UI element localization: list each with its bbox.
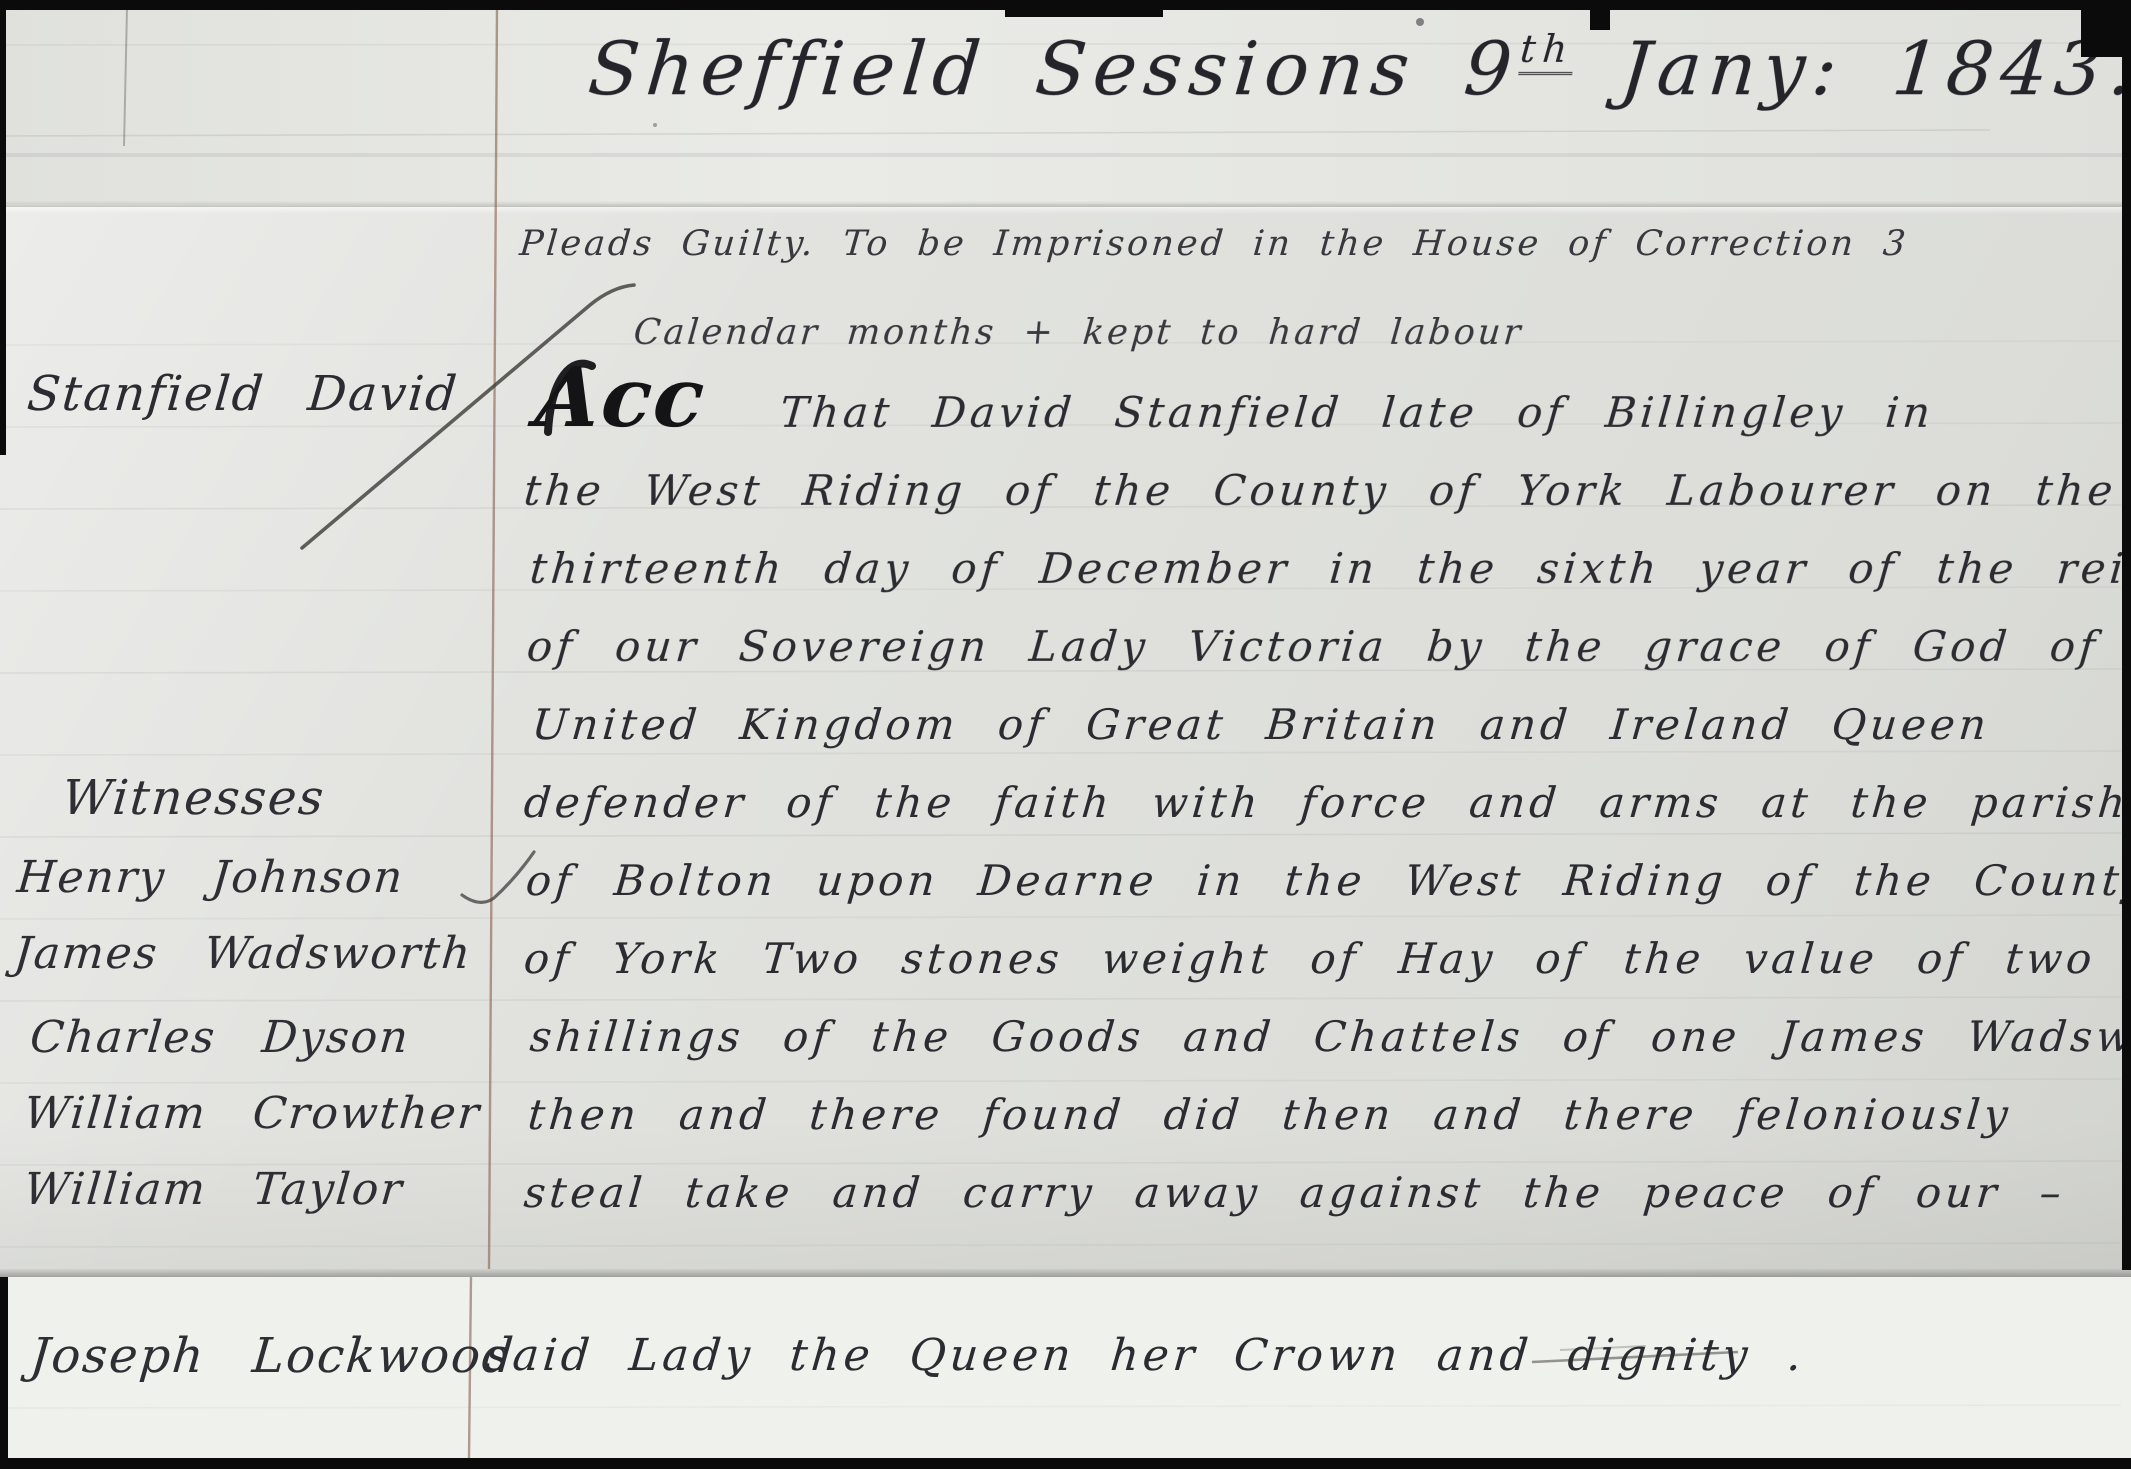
witness-name: Joseph Lockwood: [28, 1328, 517, 1384]
indictment-line: That David Stanfield late of Billingley …: [778, 388, 1936, 437]
margin-rule: [469, 8, 497, 1458]
scan-border-left: [0, 1277, 8, 1469]
scan-border-top: [0, 0, 2131, 10]
witness-name: William Crowther: [22, 1088, 483, 1139]
indictment-line: of York Two stones weight of Hay of the …: [522, 934, 2098, 983]
binding-crease: [124, 8, 127, 146]
indictment-initial: Acc: [532, 350, 710, 446]
indictment-line: steal take and carry away against the pe…: [522, 1168, 2067, 1217]
closing-line: said Lady the Queen her Crown and dignit…: [484, 1330, 1807, 1381]
manuscript-page: Sheffield Sessions 9th Jany: 1843. Plead…: [0, 0, 2131, 1469]
plea-sentence-line-1: Pleads Guilty. To be Imprisoned in the H…: [518, 224, 1910, 264]
scan-border-bottom: [0, 1458, 2131, 1469]
witness-name: James Wadsworth: [12, 928, 474, 979]
indictment-line: of our Sovereign Lady Victoria by the gr…: [525, 622, 2131, 671]
scan-border-left: [0, 0, 6, 455]
session-title: Sheffield Sessions 9th Jany: 1843.: [585, 26, 2131, 112]
page-seam: [0, 201, 2131, 207]
check-mark: [462, 852, 534, 902]
indictment-line: then and there found did then and there …: [526, 1090, 2014, 1139]
scan-border-top: [1005, 0, 1163, 17]
indictment-line: defender of the faith with force and arm…: [522, 778, 2131, 827]
witness-name: Henry Johnson: [15, 852, 406, 903]
ink-speck: [653, 123, 657, 127]
indictment-line: thirteenth day of December in the sixth …: [528, 544, 2131, 593]
indictment-line: United Kingdom of Great Britain and Irel…: [530, 700, 1992, 749]
witness-name: Charles Dyson: [28, 1012, 412, 1063]
indictment-line: shillings of the Goods and Chattels of o…: [528, 1012, 2131, 1061]
witnesses-heading: Witnesses: [60, 770, 328, 826]
indictment-line: the West Riding of the County of York La…: [522, 466, 2119, 515]
superscript-th: th: [1518, 27, 1576, 75]
witness-name: William Taylor: [22, 1164, 406, 1215]
plea-sentence-line-2: Calendar months + kept to hard labour: [632, 313, 1525, 353]
defendant-name: Stanfield David: [25, 366, 461, 422]
page-seam: [0, 153, 2131, 157]
page-seam: [0, 207, 2131, 214]
page-seam: [0, 1269, 2131, 1277]
indictment-line: of Bolton upon Dearne in the West Riding…: [524, 856, 2131, 905]
ink-speck: [1416, 18, 1424, 26]
